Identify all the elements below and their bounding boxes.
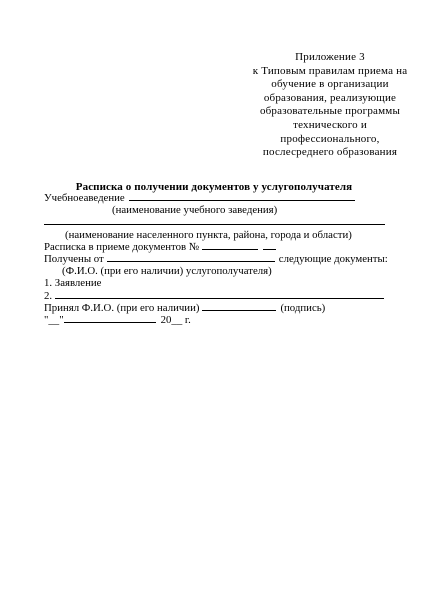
document-item-2-field bbox=[55, 290, 384, 299]
received-from-label: Получены от bbox=[44, 253, 104, 265]
location-caption: (наименование населенного пункта, района… bbox=[65, 229, 388, 241]
accepted-by-label: Принял Ф.И.О. (при его наличии) bbox=[44, 302, 199, 314]
annex-line: образовательные программы bbox=[238, 105, 422, 119]
school-name-field bbox=[129, 192, 355, 201]
date-field bbox=[64, 314, 156, 323]
date-year: 20__ г. bbox=[161, 314, 191, 326]
document-item-1: 1. Заявление bbox=[44, 277, 388, 289]
annex-line: Приложение 3 bbox=[238, 51, 422, 65]
form-body: Учебноеаведение (наименование учебного з… bbox=[44, 192, 388, 326]
received-from-line: Получены отследующие документы: bbox=[44, 253, 388, 265]
annex-line: обучение в организации bbox=[238, 78, 422, 92]
recipient-fio-caption: (Ф.И.О. (при его наличии) услугополучате… bbox=[62, 265, 388, 277]
annex-line: послесреднего образования bbox=[238, 146, 422, 160]
annex-line: технического и bbox=[238, 119, 422, 133]
receipt-number-label: Расписка в приеме документов № bbox=[44, 241, 199, 253]
location-field-line bbox=[44, 216, 388, 228]
documents-follow-label: следующие документы: bbox=[279, 253, 388, 265]
accepted-fio-field bbox=[202, 302, 276, 311]
accepted-by-line: Принял Ф.И.О. (при его наличии)(подпись) bbox=[44, 302, 388, 314]
receipt-number-field bbox=[202, 241, 258, 250]
receipt-number-field-2 bbox=[263, 241, 276, 250]
school-name-caption: (наименование учебного заведения) bbox=[112, 204, 388, 216]
location-field bbox=[44, 216, 385, 225]
date-line: "__"20__ г. bbox=[44, 314, 388, 326]
date-day: "__" bbox=[44, 314, 64, 326]
annex-line: к Типовым правилам приема на bbox=[238, 65, 422, 79]
received-from-field bbox=[107, 253, 275, 262]
document-item-2: 2. bbox=[44, 290, 388, 302]
annex-line: образования, реализующие bbox=[238, 92, 422, 106]
receipt-number-line: Расписка в приеме документов № bbox=[44, 241, 388, 253]
school-name-label: Учебноеаведение bbox=[44, 192, 125, 204]
document-page: Приложение 3 к Типовым правилам приема н… bbox=[0, 0, 424, 600]
signature-caption: (подпись) bbox=[280, 302, 325, 314]
document-item-2-prefix: 2. bbox=[44, 290, 52, 302]
school-name-line: Учебноеаведение bbox=[44, 192, 388, 204]
annex-note: Приложение 3 к Типовым правилам приема н… bbox=[238, 51, 422, 160]
annex-line: профессионального, bbox=[238, 133, 422, 147]
